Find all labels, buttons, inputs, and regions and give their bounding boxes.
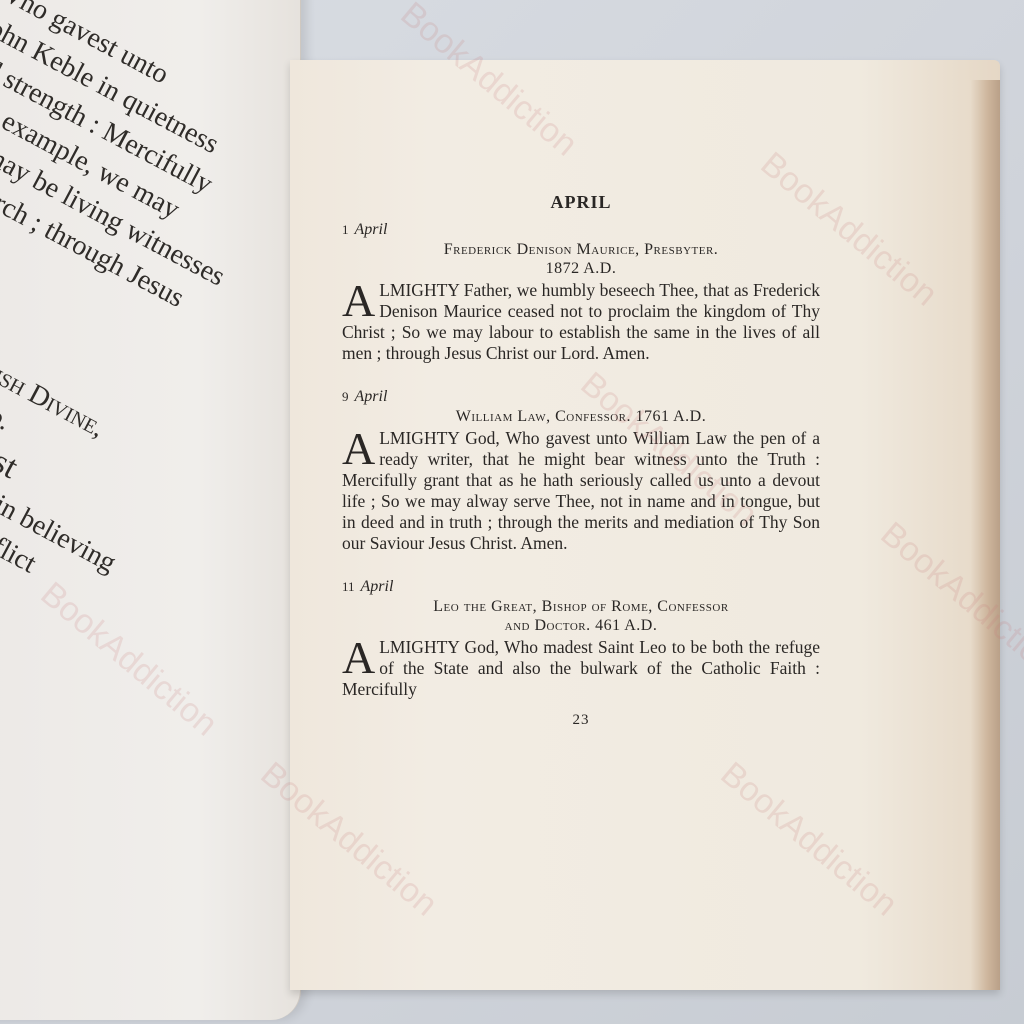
left-page-text: Y God, Who gavest unto servant John Kebl… [0,0,266,813]
page-edge [970,80,1000,990]
month-title: APRIL [342,192,820,213]
entry-date: 9April [342,386,820,407]
entry: 11April Leo the Great, Bishop of Rome, C… [342,576,820,731]
drop-cap: A [342,430,375,468]
entry-date: 11April [342,576,820,597]
collect-text: ALMIGHTY God, Who gavest unto William La… [342,428,820,554]
entry-heading: Leo the Great, Bishop of Rome, Confessor [342,597,820,616]
drop-cap: A [342,639,375,677]
drop-cap: A [342,282,375,320]
page-content: APRIL 1April Frederick Denison Maurice, … [342,192,820,753]
page-number: 23 [342,710,820,731]
entry-year: and Doctor. 461 A.D. [342,616,820,635]
left-page: Y God, Who gavest unto servant John Kebl… [0,0,301,1020]
right-page: APRIL 1April Frederick Denison Maurice, … [290,60,1000,990]
entry-year: 1872 A.D. [342,259,820,278]
entry: 9April William Law, Confessor. 1761 A.D.… [342,386,820,554]
collect-text: ALMIGHTY Father, we humbly beseech Thee,… [342,280,820,364]
entry-heading: William Law, Confessor. 1761 A.D. [342,407,820,426]
entry: 1April Frederick Denison Maurice, Presby… [342,219,820,364]
entry-heading: Frederick Denison Maurice, Presbyter. [342,240,820,259]
collect-text: ALMIGHTY God, Who madest Saint Leo to be… [342,637,820,700]
entry-date: 1April [342,219,820,240]
